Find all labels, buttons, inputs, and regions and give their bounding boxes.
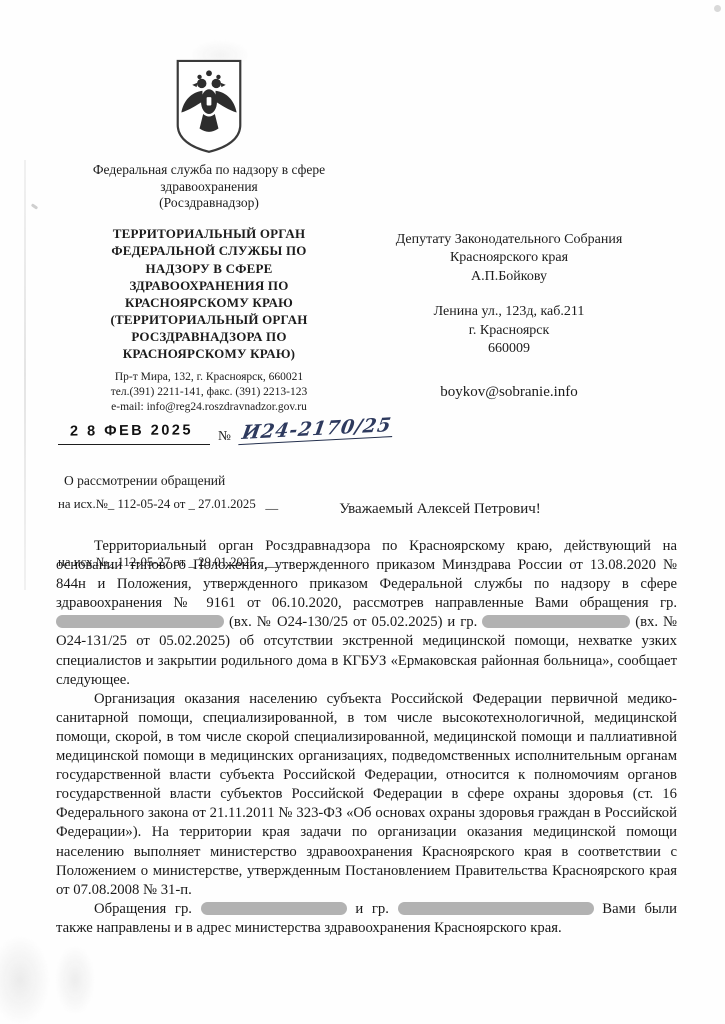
org-name-line: (ТЕРРИТОРИАЛЬНЫЙ ОРГАН: [58, 311, 360, 328]
org-phone: тел.(391) 2211-141, факс. (391) 2213-123: [58, 385, 360, 400]
agency-name-line: Федеральная служба по надзору в сфере: [58, 162, 360, 179]
body-paragraph: Обращения гр. и гр. Вами были также напр…: [56, 900, 677, 938]
org-name-line: ФЕДЕРАЛЬНОЙ СЛУЖБЫ ПО: [58, 242, 360, 259]
agency-name: Федеральная служба по надзору в сфере зд…: [58, 162, 360, 212]
addressee-address-line: г. Красноярск: [348, 322, 670, 340]
redacted-name-bar: [482, 615, 630, 628]
stamp-underline: [58, 444, 210, 445]
org-name-line: ТЕРРИТОРИАЛЬНЫЙ ОРГАН: [58, 225, 360, 242]
addressee-address: Ленина ул., 123д, каб.211 г. Красноярск …: [348, 303, 670, 358]
addressee-block: Депутату Законодательного Собрания Красн…: [348, 231, 670, 403]
org-name-line: НАДЗОРУ В СФЕРЕ: [58, 260, 360, 277]
body-paragraph: Организация оказания населению субъекта …: [56, 690, 677, 900]
coat-of-arms-russia-icon: [172, 58, 246, 154]
addressee-address-line: Ленина ул., 123д, каб.211: [348, 303, 670, 321]
body-paragraph: Территориальный орган Росздравнадзора по…: [56, 537, 677, 690]
scanned-letter-page: Федеральная служба по надзору в сфере зд…: [0, 0, 725, 1024]
org-name-line: ЗДРАВООХРАНЕНИЯ ПО: [58, 277, 360, 294]
scan-artifact-dot: [714, 5, 721, 12]
addressee-name: А.П.Бойкову: [348, 268, 670, 286]
registration-stamp-row: 2 8 ФЕВ 2025 № И24-2170/25: [58, 422, 360, 452]
incoming-date-stamp: 2 8 ФЕВ 2025: [70, 422, 193, 439]
org-contact-block: Пр-т Мира, 132, г. Красноярск, 660021 те…: [58, 370, 360, 414]
addressee-title-line: Красноярского края: [348, 249, 670, 267]
addressee-email: boykov@sobranie.info: [348, 383, 670, 403]
addressee-title-line: Депутату Законодательного Собрания: [348, 231, 670, 249]
agency-name-line: (Росздравнадзор): [58, 195, 360, 212]
org-name-line: КРАСНОЯРСКОМУ КРАЮ): [58, 345, 360, 362]
number-sign-label: №: [218, 428, 231, 444]
territorial-org-name: ТЕРРИТОРИАЛЬНЫЙ ОРГАН ФЕДЕРАЛЬНОЙ СЛУЖБЫ…: [58, 225, 360, 362]
salutation: Уважаемый Алексей Петрович!: [240, 501, 640, 518]
redacted-name-bar: [56, 615, 224, 628]
org-name-line: КРАСНОЯРСКОМУ КРАЮ: [58, 294, 360, 311]
scan-artifact-line: [24, 160, 26, 590]
letter-body: Территориальный орган Росздравнадзора по…: [56, 537, 677, 938]
registration-number-handwritten: И24-2170/25: [238, 413, 395, 444]
redacted-name-bar: [201, 902, 347, 915]
letterhead-column: Федеральная служба по надзору в сфере зд…: [58, 58, 360, 610]
scan-artifact-smudge: [55, 945, 95, 1015]
org-name-line: РОСЗДРАВНАДЗОРА ПО: [58, 328, 360, 345]
agency-name-line: здравоохранения: [58, 179, 360, 196]
redacted-name-bar: [398, 902, 594, 915]
scan-artifact-smudge: [0, 935, 50, 1024]
subject-line: О рассмотрении обращений: [64, 473, 225, 489]
org-email: e-mail: info@reg24.roszdravnadzor.gov.ru: [58, 400, 360, 415]
addressee-postcode: 660009: [348, 340, 670, 358]
org-postal-address: Пр-т Мира, 132, г. Красноярск, 660021: [58, 370, 360, 385]
scan-artifact-dash: [31, 203, 38, 209]
